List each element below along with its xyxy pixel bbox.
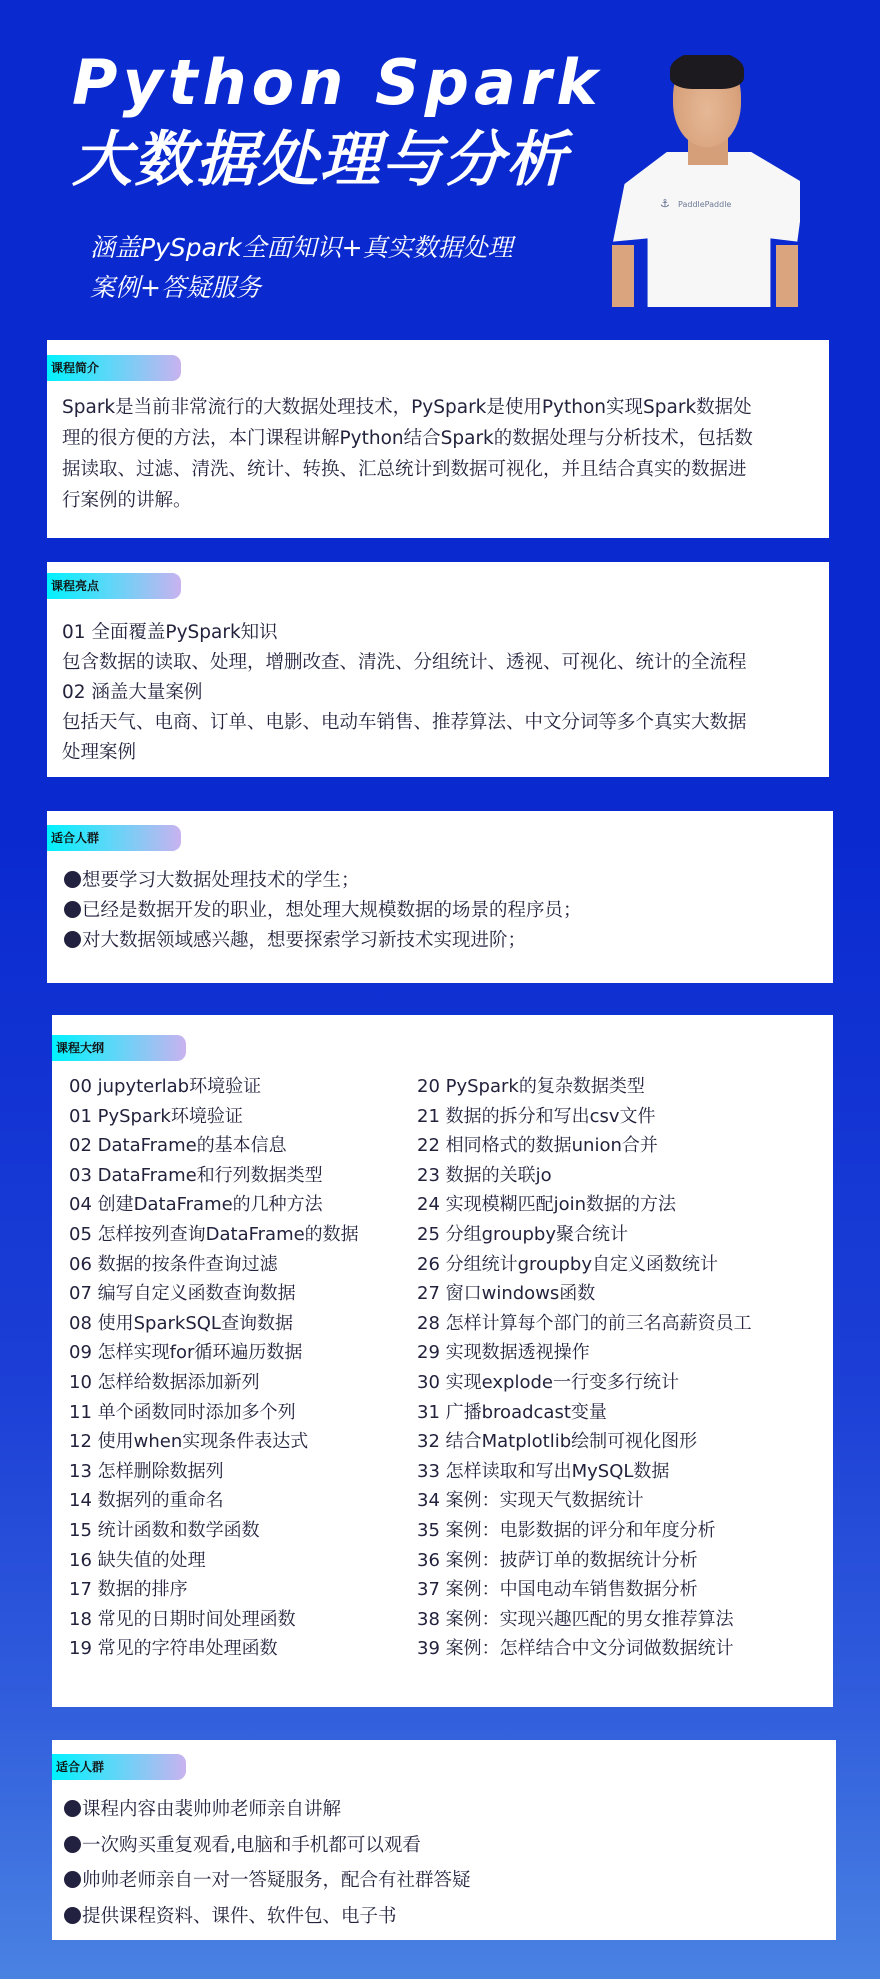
service-item: 提供课程资料、课件、软件包、电子书 [64,1899,471,1935]
intro-line: 据读取、过滤、清洗、统计、转换、汇总统计到数据可视化，并且结合真实的数据进 [62,454,832,485]
lesson-item[interactable]: 21 数据的拆分和写出csv文件 [417,1102,752,1132]
bullet-icon [64,1800,81,1817]
lesson-item[interactable]: 22 相同格式的数据union合并 [417,1131,752,1161]
intro-card: 课程简介 Spark是当前非常流行的大数据处理技术，PySpark是使用Pyth… [47,340,829,538]
services-card: 适合人群 课程内容由裴帅帅老师亲自讲解 一次购买重复观看,电脑和手机都可以观看 … [52,1740,836,1940]
service-item: 课程内容由裴帅帅老师亲自讲解 [64,1792,471,1828]
lesson-item[interactable]: 37 案例：中国电动车销售数据分析 [417,1575,752,1605]
intro-badge: 课程简介 [47,355,181,381]
outline-left-column: 00 jupyterlab环境验证 01 PySpark环境验证 02 Data… [69,1072,359,1664]
lesson-item[interactable]: 03 DataFrame和行列数据类型 [69,1161,359,1191]
lesson-item[interactable]: 29 实现数据透视操作 [417,1338,752,1368]
audience-item: 对大数据领域感兴趣，想要探索学习新技术实现进阶； [64,926,582,956]
right-arm-shape [776,245,798,307]
services-badge: 适合人群 [52,1754,186,1780]
audience-list: 想要学习大数据处理技术的学生； 已经是数据开发的职业，想处理大规模数据的场景的程… [64,866,582,956]
outline-badge: 课程大纲 [52,1035,186,1061]
lesson-item[interactable]: 08 使用SparkSQL查询数据 [69,1309,359,1339]
lesson-item[interactable]: 35 案例：电影数据的评分和年度分析 [417,1516,752,1546]
highlight-title: 01 全面覆盖PySpark知识 [62,618,832,648]
lesson-item[interactable]: 19 常见的字符串处理函数 [69,1634,359,1664]
highlight-desc: 包括天气、电商、订单、电影、电动车销售、推荐算法、中文分词等多个真实大数据 [62,708,832,738]
bullet-icon [64,1836,81,1853]
lesson-item[interactable]: 33 怎样读取和写出MySQL数据 [417,1457,752,1487]
lesson-item[interactable]: 25 分组groupby聚合统计 [417,1220,752,1250]
lesson-item[interactable]: 05 怎样按列查询DataFrame的数据 [69,1220,359,1250]
bullet-icon [64,1871,81,1888]
lesson-item[interactable]: 39 案例：怎样结合中文分词做数据统计 [417,1634,752,1664]
service-item: 帅帅老师亲自一对一答疑服务，配合有社群答疑 [64,1863,471,1899]
lesson-item[interactable]: 34 案例：实现天气数据统计 [417,1486,752,1516]
lesson-item[interactable]: 28 怎样计算每个部门的前三名高薪资员工 [417,1309,752,1339]
bullet-icon [64,871,81,888]
highlight-desc: 包含数据的读取、处理，增删改查、清洗、分组统计、透视、可视化、统计的全流程 [62,648,832,678]
lesson-item[interactable]: 27 窗口windows函数 [417,1279,752,1309]
lesson-item[interactable]: 12 使用when实现条件表达式 [69,1427,359,1457]
outline-card: 课程大纲 00 jupyterlab环境验证 01 PySpark环境验证 02… [52,1015,833,1707]
lesson-item[interactable]: 16 缺失值的处理 [69,1546,359,1576]
lesson-item[interactable]: 24 实现模糊匹配join数据的方法 [417,1190,752,1220]
intro-line: 理的很方便的方法，本门课程讲解Python结合Spark的数据处理与分析技术，包… [62,423,832,454]
lesson-item[interactable]: 06 数据的按条件查询过滤 [69,1250,359,1280]
highlight-title: 02 涵盖大量案例 [62,678,832,708]
left-arm-shape [612,245,634,307]
lesson-item[interactable]: 07 编写自定义函数查询数据 [69,1279,359,1309]
intro-line: Spark是当前非常流行的大数据处理技术，PySpark是使用Python实现S… [62,392,832,423]
lesson-item[interactable]: 20 PySpark的复杂数据类型 [417,1072,752,1102]
lesson-item[interactable]: 04 创建DataFrame的几种方法 [69,1190,359,1220]
instructor-photo: ⚓ PaddlePaddle [600,55,800,307]
title-chinese: 大数据处理与分析 [72,130,603,190]
subtitle-line-1: 涵盖PySpark全面知识+真实数据处理 [90,228,513,268]
lesson-item[interactable]: 18 常见的日期时间处理函数 [69,1605,359,1635]
lesson-item[interactable]: 30 实现explode一行变多行统计 [417,1368,752,1398]
lesson-item[interactable]: 38 案例：实现兴趣匹配的男女推荐算法 [417,1605,752,1635]
outline-right-column: 20 PySpark的复杂数据类型 21 数据的拆分和写出csv文件 22 相同… [417,1072,752,1664]
hero-title: Python Spark 大数据处理与分析 [72,52,603,190]
highlight-desc: 处理案例 [62,738,832,768]
lesson-item[interactable]: 23 数据的关联jo [417,1161,752,1191]
intro-text: Spark是当前非常流行的大数据处理技术，PySpark是使用Python实现S… [62,392,832,516]
lesson-item[interactable]: 15 统计函数和数学函数 [69,1516,359,1546]
hero-subtitle: 涵盖PySpark全面知识+真实数据处理 案例+答疑服务 [90,228,513,308]
lesson-item[interactable]: 14 数据列的重命名 [69,1486,359,1516]
subtitle-line-2: 案例+答疑服务 [90,268,513,308]
bullet-icon [64,901,81,918]
lesson-item[interactable]: 02 DataFrame的基本信息 [69,1131,359,1161]
lesson-item[interactable]: 13 怎样删除数据列 [69,1457,359,1487]
paddle-logo-icon: ⚓ [660,197,670,210]
shirt-logo-text: PaddlePaddle [678,200,731,209]
bullet-icon [64,1907,81,1924]
bullet-icon [64,931,81,948]
service-item: 一次购买重复观看,电脑和手机都可以观看 [64,1828,471,1864]
highlights-badge: 课程亮点 [47,573,181,599]
lesson-item[interactable]: 10 怎样给数据添加新列 [69,1368,359,1398]
lesson-item[interactable]: 00 jupyterlab环境验证 [69,1072,359,1102]
audience-badge: 适合人群 [47,825,181,851]
lesson-item[interactable]: 32 结合Matplotlib绘制可视化图形 [417,1427,752,1457]
audience-item: 已经是数据开发的职业，想处理大规模数据的场景的程序员； [64,896,582,926]
title-english: Python Spark [72,52,603,126]
highlights-card: 课程亮点 01 全面覆盖PySpark知识 包含数据的读取、处理，增删改查、清洗… [47,562,829,777]
services-list: 课程内容由裴帅帅老师亲自讲解 一次购买重复观看,电脑和手机都可以观看 帅帅老师亲… [64,1792,471,1934]
intro-line: 行案例的讲解。 [62,485,832,516]
lesson-item[interactable]: 09 怎样实现for循环遍历数据 [69,1338,359,1368]
lesson-item[interactable]: 26 分组统计groupby自定义函数统计 [417,1250,752,1280]
audience-card: 适合人群 想要学习大数据处理技术的学生； 已经是数据开发的职业，想处理大规模数据… [47,811,833,983]
hair-shape [670,55,744,89]
lesson-item[interactable]: 31 广播broadcast变量 [417,1398,752,1428]
audience-item: 想要学习大数据处理技术的学生； [64,866,582,896]
lesson-item[interactable]: 01 PySpark环境验证 [69,1102,359,1132]
lesson-item[interactable]: 17 数据的排序 [69,1575,359,1605]
shirt-shape [613,152,800,307]
lesson-item[interactable]: 36 案例：披萨订单的数据统计分析 [417,1546,752,1576]
highlights-text: 01 全面覆盖PySpark知识 包含数据的读取、处理，增删改查、清洗、分组统计… [62,618,832,768]
lesson-item[interactable]: 11 单个函数同时添加多个列 [69,1398,359,1428]
